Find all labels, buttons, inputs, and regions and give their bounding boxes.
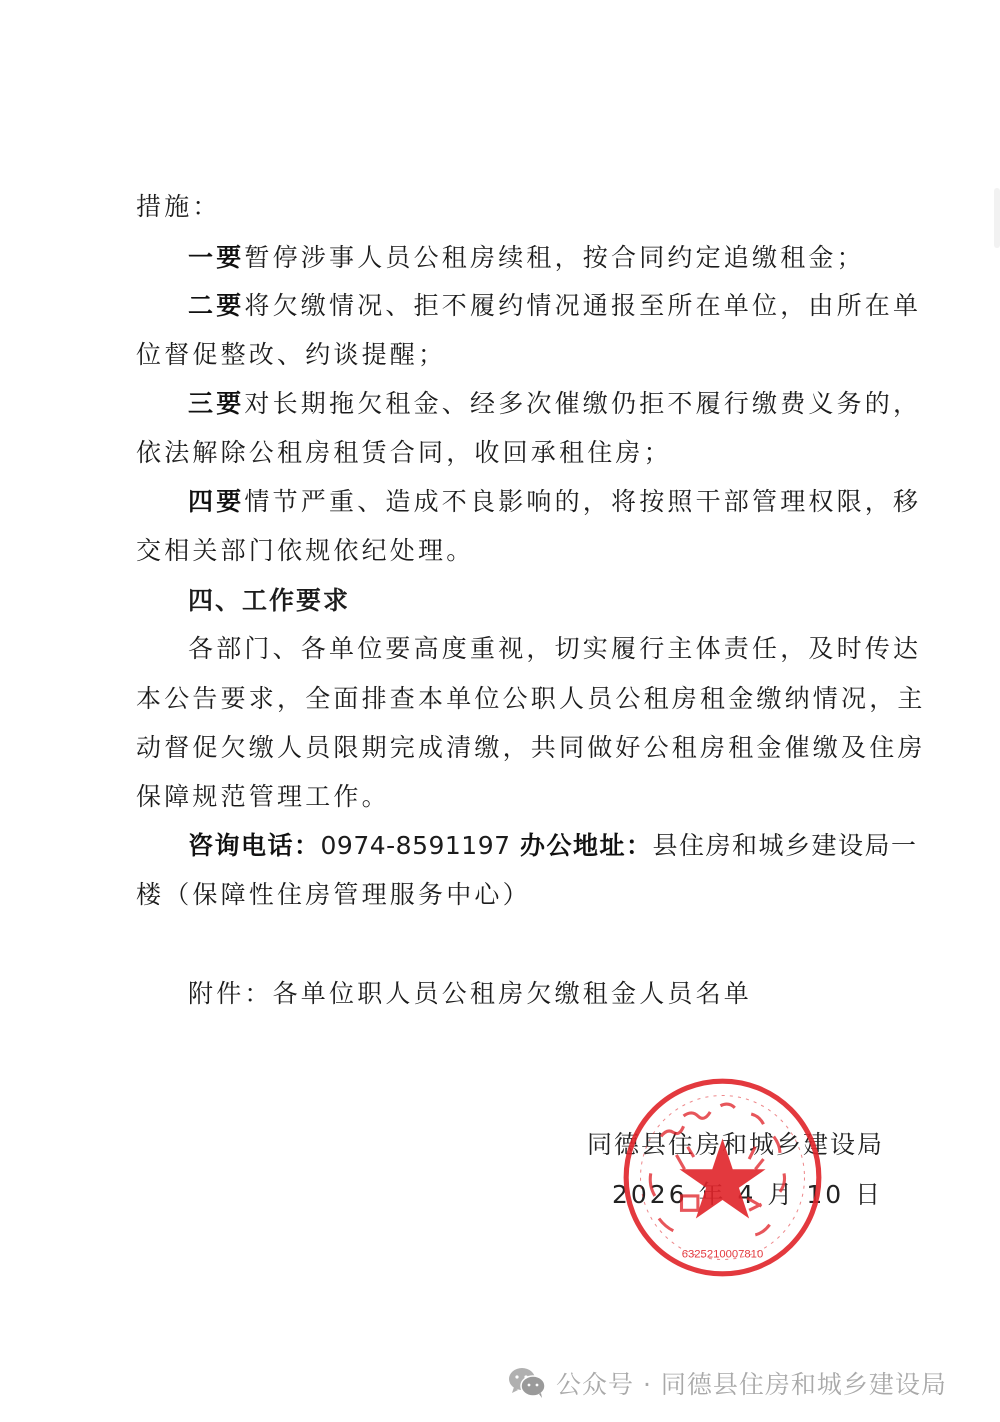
- address-line-1: 县住房和城乡建设局一: [652, 831, 917, 860]
- section-4-para-line-3: 动督促欠缴人员限期完成清缴，共同做好公租房租金催缴及住房: [136, 733, 926, 763]
- svg-text:6325210007810: 6325210007810: [682, 1248, 763, 1260]
- attachment-line: 附件：各单位职人员公租房欠缴租金人员名单: [188, 979, 752, 1009]
- section-4-heading: 四、工作要求: [188, 586, 350, 616]
- measure-4-line-2: 交相关部门依规依纪处理。: [136, 536, 474, 566]
- measure-4-cont-text: 交相关部门依规依纪处理。: [136, 536, 474, 565]
- measure-3-lead: 三要: [188, 389, 244, 418]
- measure-1-text: 暂停涉事人员公租房续租，按合同约定追缴租金；: [244, 243, 864, 272]
- measure-3-cont-text: 依法解除公租房租赁合同，收回承租住房；: [136, 438, 672, 467]
- measure-4-lead: 四要: [188, 487, 244, 516]
- footer-account-label[interactable]: 公众号 · 同德县住房和城乡建设局: [556, 1365, 947, 1401]
- measure-1: 一要暂停涉事人员公租房续租，按合同约定追缴租金；: [188, 243, 865, 273]
- measure-4-line-1: 四要情节严重、造成不良影响的，将按照干部管理权限，移: [188, 487, 921, 517]
- edge-scrollbar[interactable]: [994, 188, 1000, 248]
- measure-2-line-2: 位督促整改、约谈提醒；: [136, 340, 446, 370]
- section-4-para-line-1: 各部门、各单位要高度重视，切实履行主体责任，及时传达: [188, 634, 921, 664]
- section-4-para-line-2: 本公告要求，全面排查本单位公职人员公租房租金缴纳情况，主: [136, 684, 926, 714]
- measures-label: 措施：: [136, 192, 221, 222]
- measure-3-line-1: 三要对长期拖欠租金、经多次催缴仍拒不履行缴费义务的，: [188, 389, 921, 419]
- phone-number: 0974-8591197: [321, 831, 511, 860]
- measure-2-text: 将欠缴情况、拒不履约情况通报至所在单位，由所在单: [244, 291, 921, 320]
- contact-line-1: 咨询电话：0974-8591197 办公地址：县住房和城乡建设局一: [188, 831, 917, 861]
- document-page: 措施： 一要暂停涉事人员公租房续租，按合同约定追缴租金； 二要将欠缴情况、拒不履…: [0, 0, 1000, 1422]
- measure-3-line-2: 依法解除公租房租赁合同，收回承租住房；: [136, 438, 672, 468]
- section-4-para-line-4: 保障规范管理工作。: [136, 782, 390, 812]
- official-seal-icon: 6325210007810: [620, 1075, 825, 1280]
- address-label: 办公地址：: [520, 831, 653, 860]
- measure-2-cont-text: 位督促整改、约谈提醒；: [136, 340, 446, 369]
- measure-4-text: 情节严重、造成不良影响的，将按照干部管理权限，移: [244, 487, 921, 516]
- measures-label-text: 措施：: [136, 192, 221, 221]
- contact-line-2: 楼（保障性住房管理服务中心）: [136, 880, 531, 910]
- wechat-footer[interactable]: 公众号 · 同德县住房和城乡建设局: [508, 1366, 947, 1400]
- measure-3-text: 对长期拖欠租金、经多次催缴仍拒不履行缴费义务的，: [244, 389, 921, 418]
- measure-2-lead: 二要: [188, 291, 244, 320]
- wechat-icon: [508, 1367, 546, 1399]
- phone-label: 咨询电话：: [188, 831, 321, 860]
- measure-2-line-1: 二要将欠缴情况、拒不履约情况通报至所在单位，由所在单: [188, 291, 921, 321]
- measure-1-lead: 一要: [188, 243, 244, 272]
